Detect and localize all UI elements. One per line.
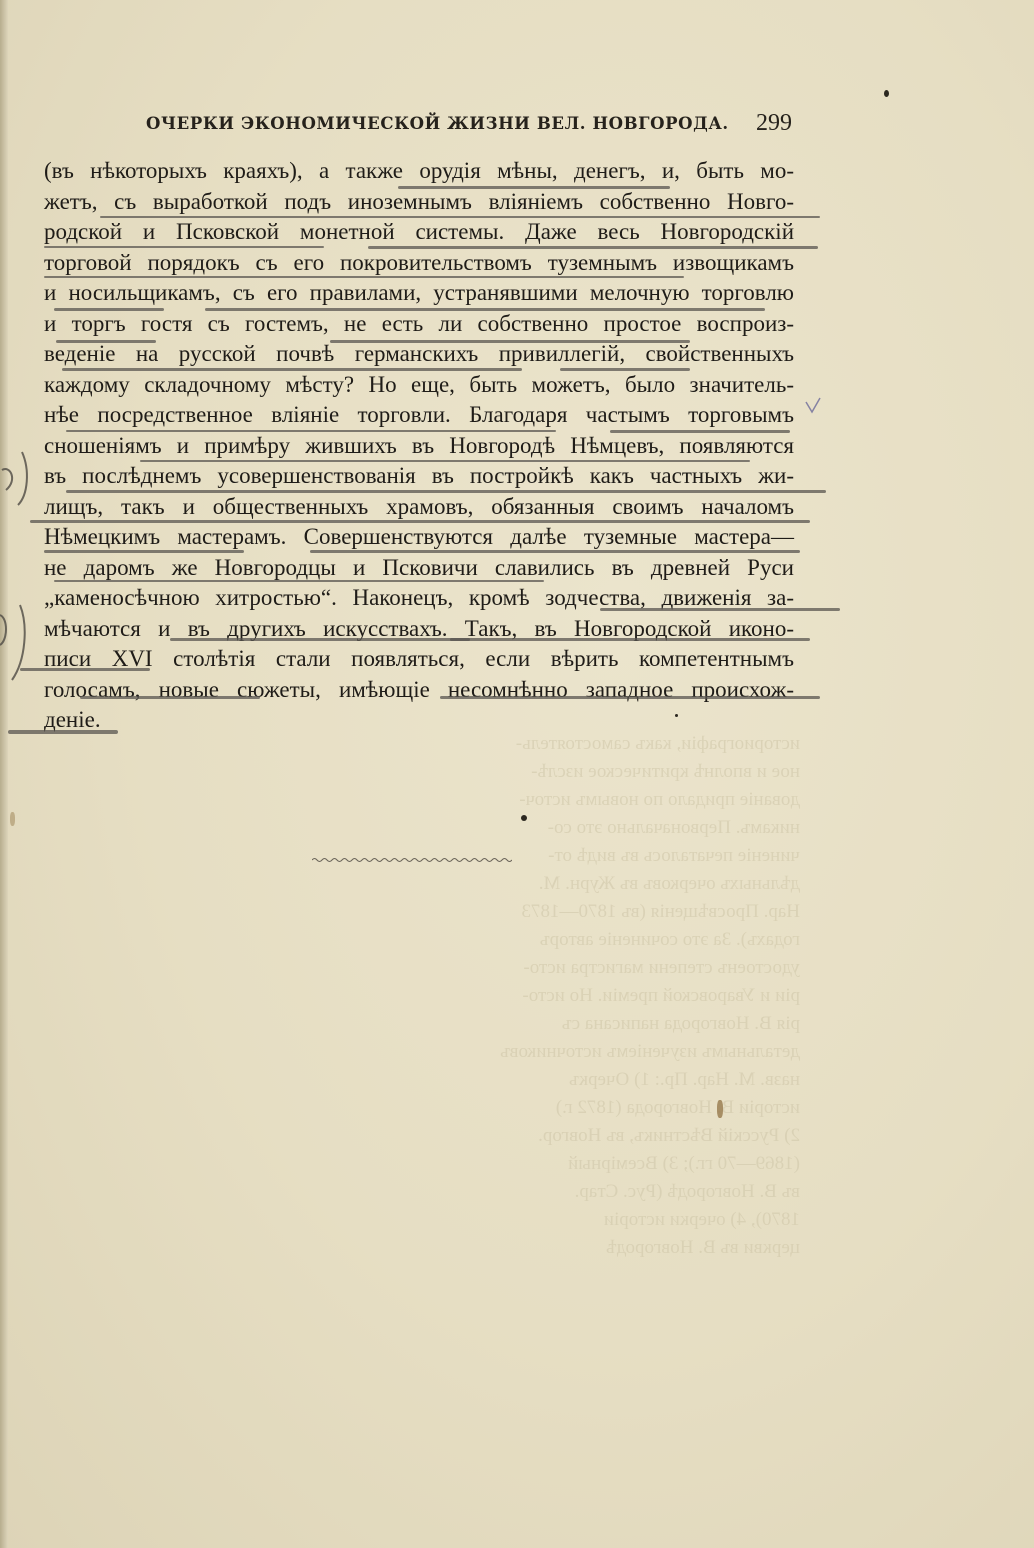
- bleed-line: (1869—70 гг.); 3) Всемірный: [320, 1150, 800, 1178]
- pencil-underline: [30, 520, 810, 523]
- pencil-underline: [8, 730, 118, 734]
- pencil-underline: [62, 368, 522, 371]
- pencil-underline: [560, 368, 690, 371]
- body-text: (въ нѣкоторыхъ краяхъ), а также орудія м…: [44, 156, 794, 736]
- pencil-underline: [600, 608, 840, 611]
- text-line: веденіе на русской почвѣ германскихъ при…: [44, 339, 794, 370]
- bleed-line: годахъ). За это сочиненіе авторъ: [320, 926, 800, 954]
- text-line: писи XVI столѣтія стали появляться, если…: [44, 644, 794, 675]
- text-line: деніе.: [44, 705, 794, 736]
- pencil-underline: [140, 460, 750, 462]
- pencil-underline: [310, 550, 800, 553]
- bleed-line: исторіи В. Новгорода (1872 г.): [320, 1094, 800, 1122]
- text-line: лищъ, такъ и общественныхъ храмовъ, обяз…: [44, 492, 794, 523]
- text-line: нѣе посредственное вліяніе торговли. Бла…: [44, 400, 794, 431]
- text-line: жетъ, съ выработкой подъ иноземнымъ влія…: [44, 187, 794, 218]
- text-line: не даромъ же Новгородцы и Псковичи слави…: [44, 553, 794, 584]
- bleed-line: назв. М. Нар. Пр.: 1) Очеркъ: [320, 1066, 800, 1094]
- paper-stain: [717, 1100, 723, 1118]
- text-line: сношеніямъ и примѣру жившихъ въ Новгород…: [44, 431, 794, 462]
- text-line: и носильщикамъ, съ его правилами, устран…: [44, 278, 794, 309]
- text-line: каждому складочному мѣсту? Но еще, быть …: [44, 370, 794, 401]
- ink-speck: [884, 90, 889, 97]
- text-line: (въ нѣкоторыхъ краяхъ), а также орудія м…: [44, 156, 794, 187]
- text-line: и торгъ гостя съ гостемъ, не есть ли соб…: [44, 309, 794, 340]
- pencil-underline: [610, 430, 790, 433]
- bleed-line: дѣльныхъ очерковъ въ Журн. М.: [320, 870, 800, 898]
- pencil-underline: [100, 216, 820, 218]
- ink-speck: [675, 714, 678, 717]
- pencil-underline: [450, 638, 810, 641]
- pencil-underline: [54, 308, 164, 311]
- text-line: въ послѣднемъ усовершенствованія въ пост…: [44, 461, 794, 492]
- page-header: ОЧЕРКИ ЭКОНОМИЧЕСКОЙ ЖИЗНИ ВЕЛ. НОВГОРОД…: [146, 110, 792, 140]
- paper-stain: [10, 812, 15, 826]
- bleed-line: Нар. Просвѣщенія (въ 1870—1873: [320, 898, 800, 926]
- pencil-underline: [330, 340, 690, 343]
- bleed-through-text: историографіи, какъ самостоятель- ное и …: [320, 730, 800, 1262]
- pencil-underline: [44, 246, 324, 248]
- page-binding-edge: [0, 0, 8, 1548]
- pencil-underline: [440, 696, 820, 699]
- text-line: торговой порядокъ съ его покровительство…: [44, 248, 794, 279]
- text-line: голосамъ, новые сюжеты, имѣющіе несомнѣн…: [44, 675, 794, 706]
- bleed-line: 2) Русскій Вѣстникъ, въ Новгор.: [320, 1122, 800, 1150]
- pencil-underline: [66, 430, 556, 432]
- pencil-underline: [398, 186, 670, 189]
- pencil-underline: [20, 668, 150, 671]
- bleed-line: 1870), 4) очерки исторіи: [320, 1206, 800, 1234]
- page-number: 299: [756, 110, 792, 137]
- pencil-underline: [80, 696, 260, 699]
- pencil-underline: [44, 276, 684, 278]
- pencil-underline: [205, 308, 765, 311]
- bleed-line: дованіе придало по новымъ источ-: [320, 786, 800, 814]
- pencil-underline: [54, 580, 544, 582]
- bleed-line: детальнымъ изученіемъ источниковъ: [320, 1038, 800, 1066]
- ink-speck: [521, 815, 527, 821]
- bleed-line: рія В. Новгорода написана съ: [320, 1010, 800, 1038]
- pencil-underline: [44, 550, 244, 553]
- scanned-page: историографіи, какъ самостоятель- ное и …: [0, 0, 1034, 1548]
- pencil-underline: [66, 490, 826, 493]
- bleed-line: удостоенъ степени магистра исто-: [320, 954, 800, 982]
- bleed-line: никамъ. Первоначально это со-: [320, 814, 800, 842]
- text-line: Нѣмецкимъ мастерамъ. Совершенствуются да…: [44, 522, 794, 553]
- running-head: ОЧЕРКИ ЭКОНОМИЧЕСКОЙ ЖИЗНИ ВЕЛ. НОВГОРОД…: [146, 114, 729, 133]
- text-line: родской и Псковской монетной системы. Да…: [44, 217, 794, 248]
- bleed-line: въ В. Новгородѣ (Рус. Стар.: [320, 1178, 800, 1206]
- pencil-underline: [56, 340, 156, 343]
- pencil-underline: [368, 246, 818, 249]
- wavy-rule: [312, 856, 512, 864]
- bleed-line: церкви въ В. Новгородѣ: [320, 1234, 800, 1262]
- bleed-line: ное и вполнѣ критическое изслѣ-: [320, 758, 800, 786]
- pencil-underline: [170, 638, 470, 641]
- bleed-line: ріи и Уваровской преміи. Но исто-: [320, 982, 800, 1010]
